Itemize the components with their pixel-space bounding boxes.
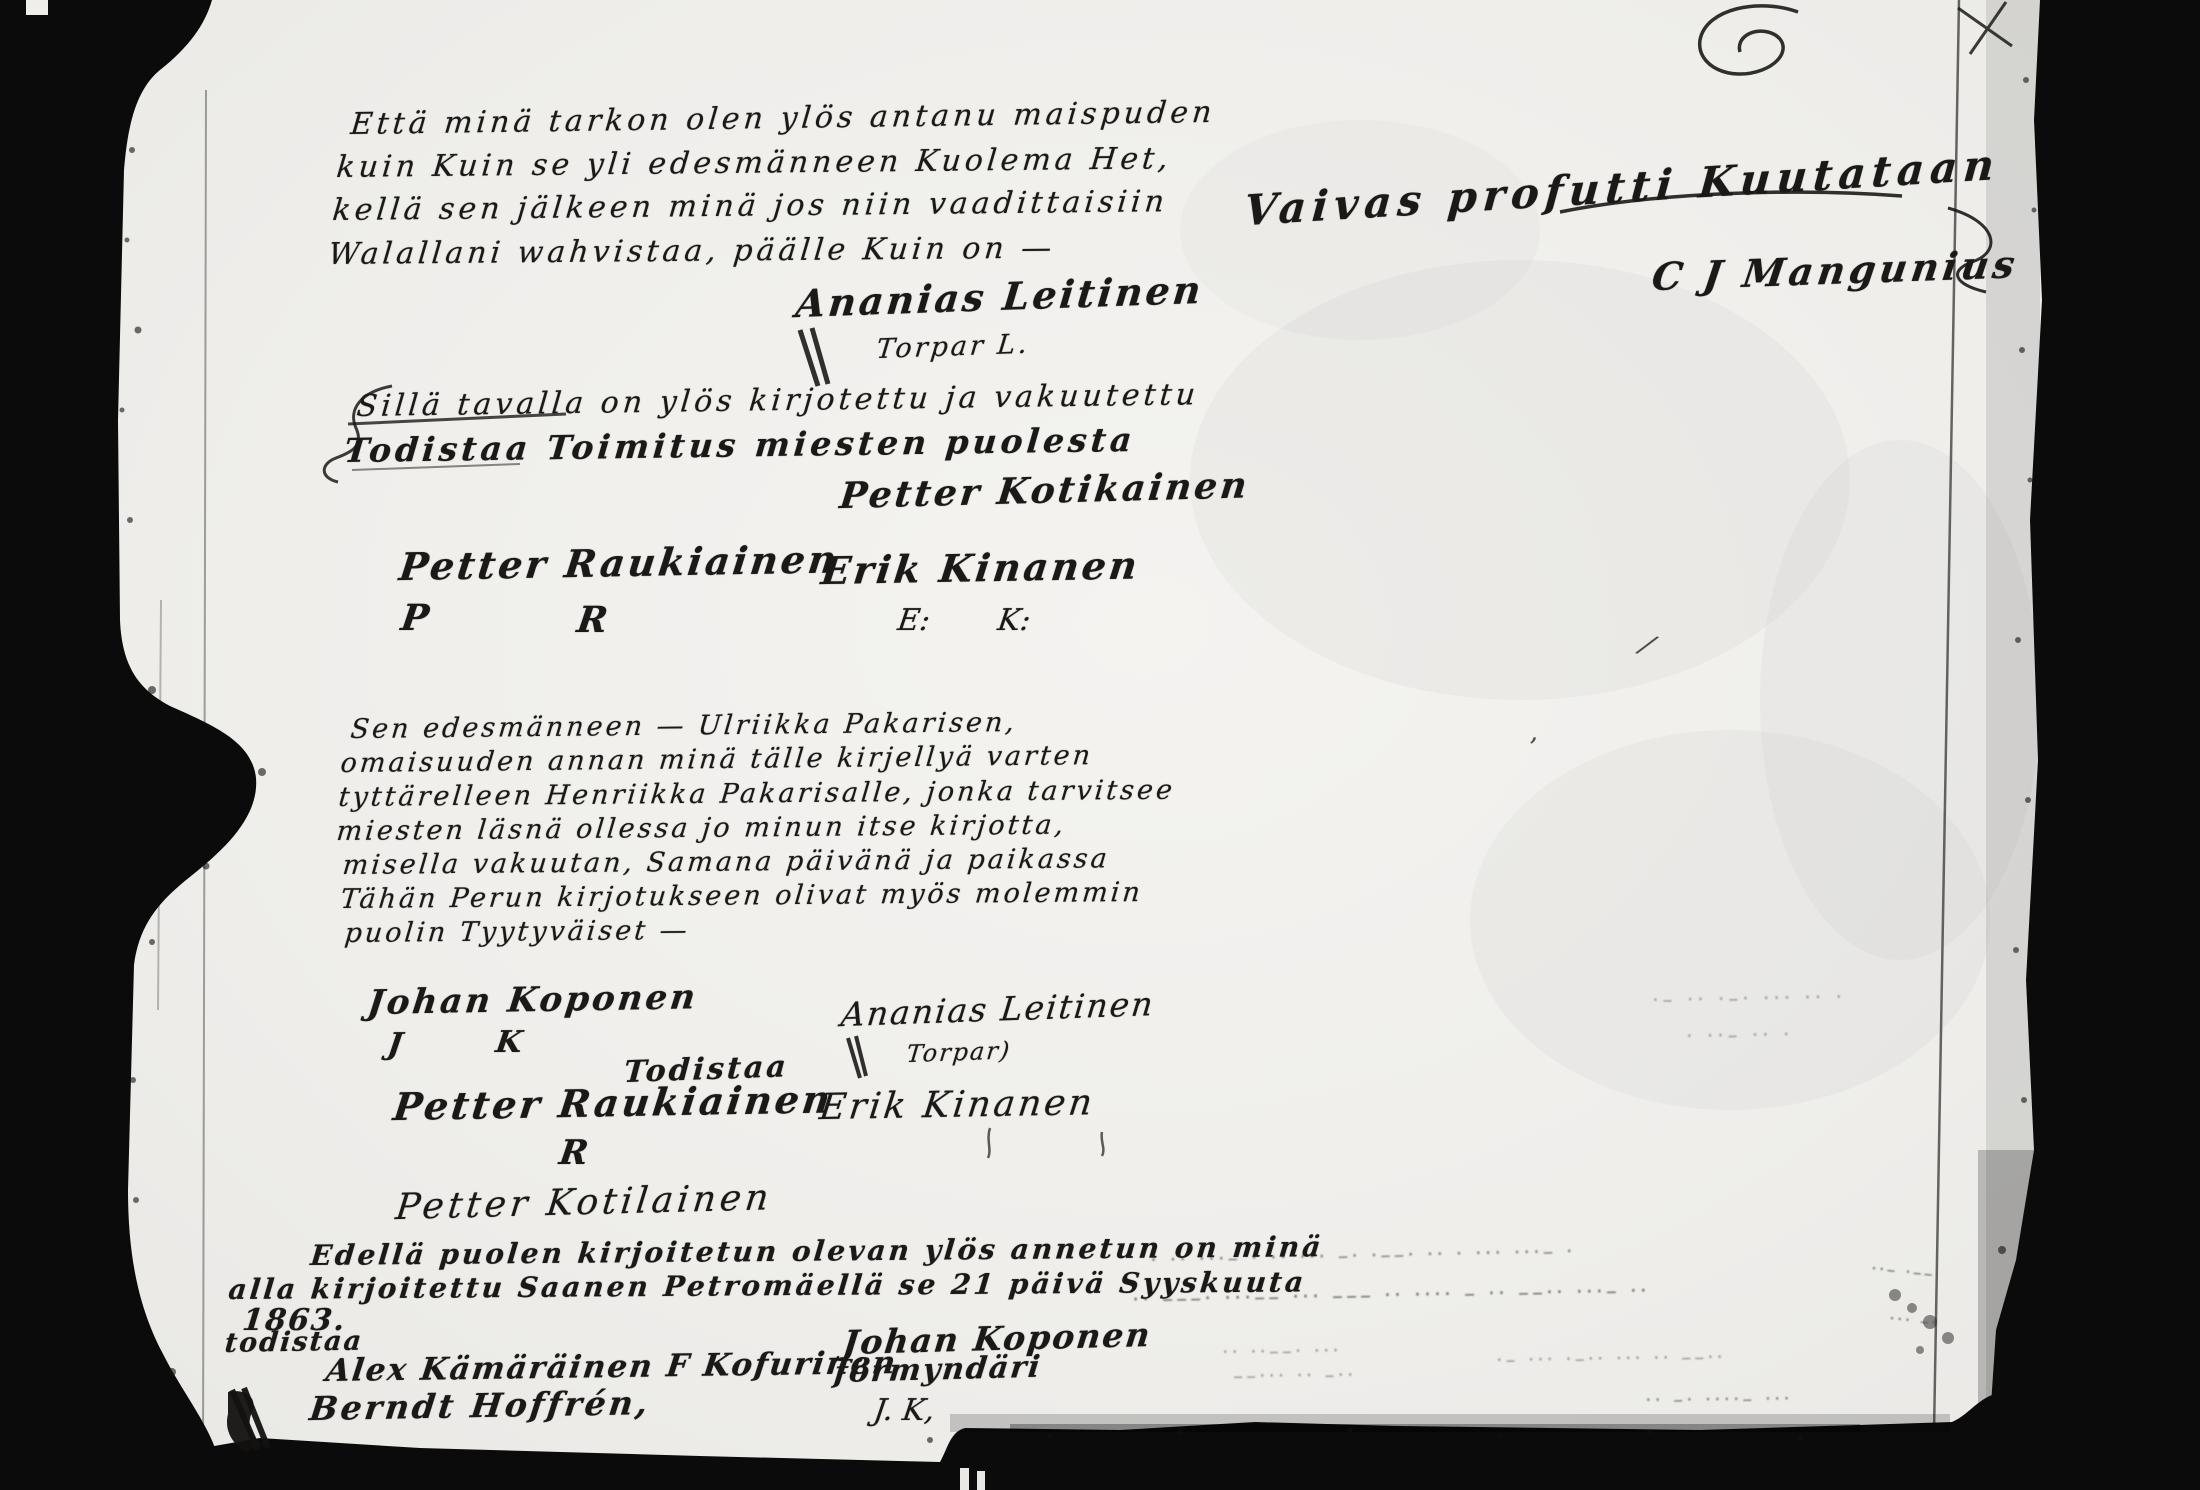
- ghost-marks: ·· –· ····– ···: [1645, 1388, 1793, 1410]
- signature-ananias-leitinen-2: Ananias Leitinen: [840, 987, 1157, 1031]
- signature-johan-koponen: Johan Koponen: [366, 980, 700, 1020]
- ghost-marks: ·· ··––· ···: [1222, 1340, 1342, 1362]
- signature-initial: K:: [996, 606, 1033, 636]
- scanned-document-page: Että minä tarkon olen ylös antanu maispu…: [0, 0, 2200, 1490]
- signature-initials: J. K,: [872, 1396, 937, 1426]
- ghost-marks: ·– ··· ·–·· ··· ·· ––··: [1496, 1347, 1726, 1370]
- handwriting-line: kuin Kuin se yli edesmänneen Kuolema Het…: [335, 144, 1173, 183]
- handwriting-line: miesten läsnä ollessa jo minun itse kirj…: [335, 812, 1067, 845]
- handwriting-line: Todistaa Toimitus miesten puolesta: [343, 423, 1137, 467]
- handwriting-line: Walallani wahvistaa, päälle Kuin on —: [327, 234, 1057, 270]
- signature-subscript-torpar-2: Torpar): [905, 1038, 1012, 1066]
- handwriting-line: puolin Tyytyväiset —: [343, 917, 691, 947]
- handwriting-line: misella vakuutan, Samana päivänä ja paik…: [341, 845, 1111, 879]
- handwriting-line: alla kirjoitettu Saanen Petromäellä se 2…: [227, 1268, 1307, 1304]
- stray-mark: ,: [1530, 720, 1538, 744]
- ghost-marks: · ··– ·· ·: [1686, 1024, 1794, 1046]
- handwriting-line: omaisuuden annan minä tälle kirjellyä va…: [339, 742, 1094, 777]
- signature-initial: R: [557, 1136, 590, 1170]
- signature-erik-kinanen-2: Erik Kinanen: [818, 1085, 1097, 1126]
- handwriting-line: Sen edesmänneen — Ulriikka Pakarisen,: [349, 709, 1018, 743]
- handwriting-line: Edellä puolen kirjoitetun olevan ylös an…: [309, 1233, 1324, 1270]
- handwriting-line: kellä sen jälkeen minä jos niin vaaditta…: [331, 187, 1169, 226]
- handwriting-line: Tähän Perun kirjotukseen olivat myös mol…: [339, 879, 1144, 913]
- signature-petter-kotilainen-2: Petter Kotilainen: [394, 1180, 775, 1226]
- signature-alex-kamarainen: Alex Kämäräinen F Kofurinen: [324, 1348, 899, 1387]
- signature-petter-raukiainen: Petter Raukiainen: [397, 540, 841, 586]
- ghost-marks: ·– ·· ·–· ··· ·· ·: [1652, 987, 1846, 1010]
- signature-initial: E:: [896, 606, 932, 636]
- signature-erik-kinanen: Erik Kinanen: [819, 546, 1142, 590]
- ghost-marks: ––··· ·· –··: [1233, 1365, 1356, 1386]
- signature-initial: K: [494, 1028, 524, 1058]
- signature-initial: P: [399, 600, 431, 636]
- ghost-marks: ··· –·: [1888, 1310, 1939, 1333]
- signature-initial: R: [575, 602, 610, 638]
- signature-berndt-hoffren: Berndt Hoffrén,: [308, 1386, 653, 1425]
- signature-subscript-torpar: Torpar L.: [875, 331, 1031, 363]
- signature-petter-kotilainen: Petter Kotikainen: [838, 467, 1252, 514]
- handwriting-line: tyttärelleen Henriikka Pakarisalle, jonk…: [337, 777, 1176, 811]
- signature-petter-raukiainen-2: Petter Raukiainen: [391, 1080, 835, 1126]
